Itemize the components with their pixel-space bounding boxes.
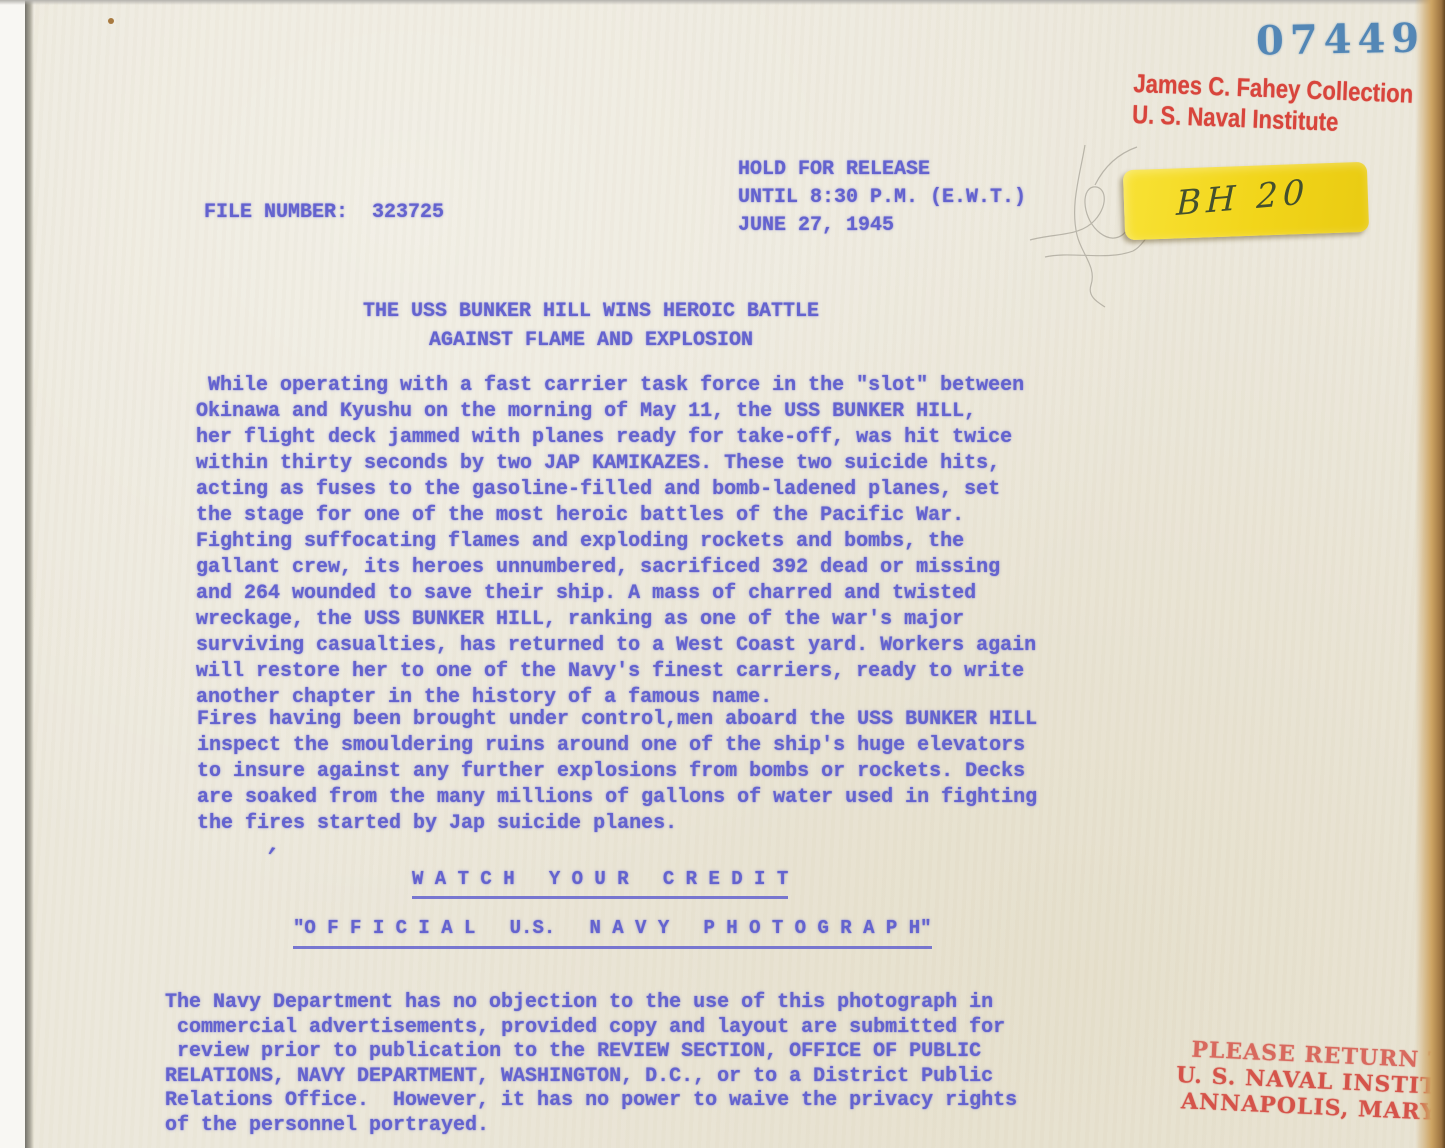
release-notice: HOLD FOR RELEASE UNTIL 8:30 P.M. (E.W.T.… (738, 156, 1026, 240)
file-number: FILE NUMBER: 323725 (204, 200, 444, 226)
return-stamp: PLEASE RETURN TO THE U. S. NAVAL INSTITU… (1174, 1036, 1445, 1130)
paper-right-edge (1415, 0, 1445, 1148)
serial-number-stamp: 07449 (1256, 15, 1426, 65)
paper-left-edge (25, 0, 34, 1148)
sticker-handwriting: BH 20 (1176, 172, 1310, 224)
paper-stain-fleck (108, 18, 114, 24)
credit-watch-line: W A T C H Y O U R C R E D I T (412, 866, 788, 899)
document-title: THE USS BUNKER HILL WINS HEROIC BATTLE A… (360, 297, 822, 355)
note-sticker: BH 20 (1123, 162, 1369, 240)
scanner-background-strip (0, 0, 26, 1148)
usage-notice: The Navy Department has no objection to … (165, 991, 1017, 1138)
body-paragraph-2: Fires having been brought under control,… (197, 707, 1037, 837)
credit-official-line: "O F F I C I A L U.S. N A V Y P H O T O … (293, 915, 932, 949)
body-paragraph-1: While operating with a fast carrier task… (196, 373, 1036, 711)
paper-top-edge-shadow (0, 0, 1445, 5)
scanned-press-release-page: 07449 James C. Fahey Collection U. S. Na… (0, 0, 1445, 1148)
